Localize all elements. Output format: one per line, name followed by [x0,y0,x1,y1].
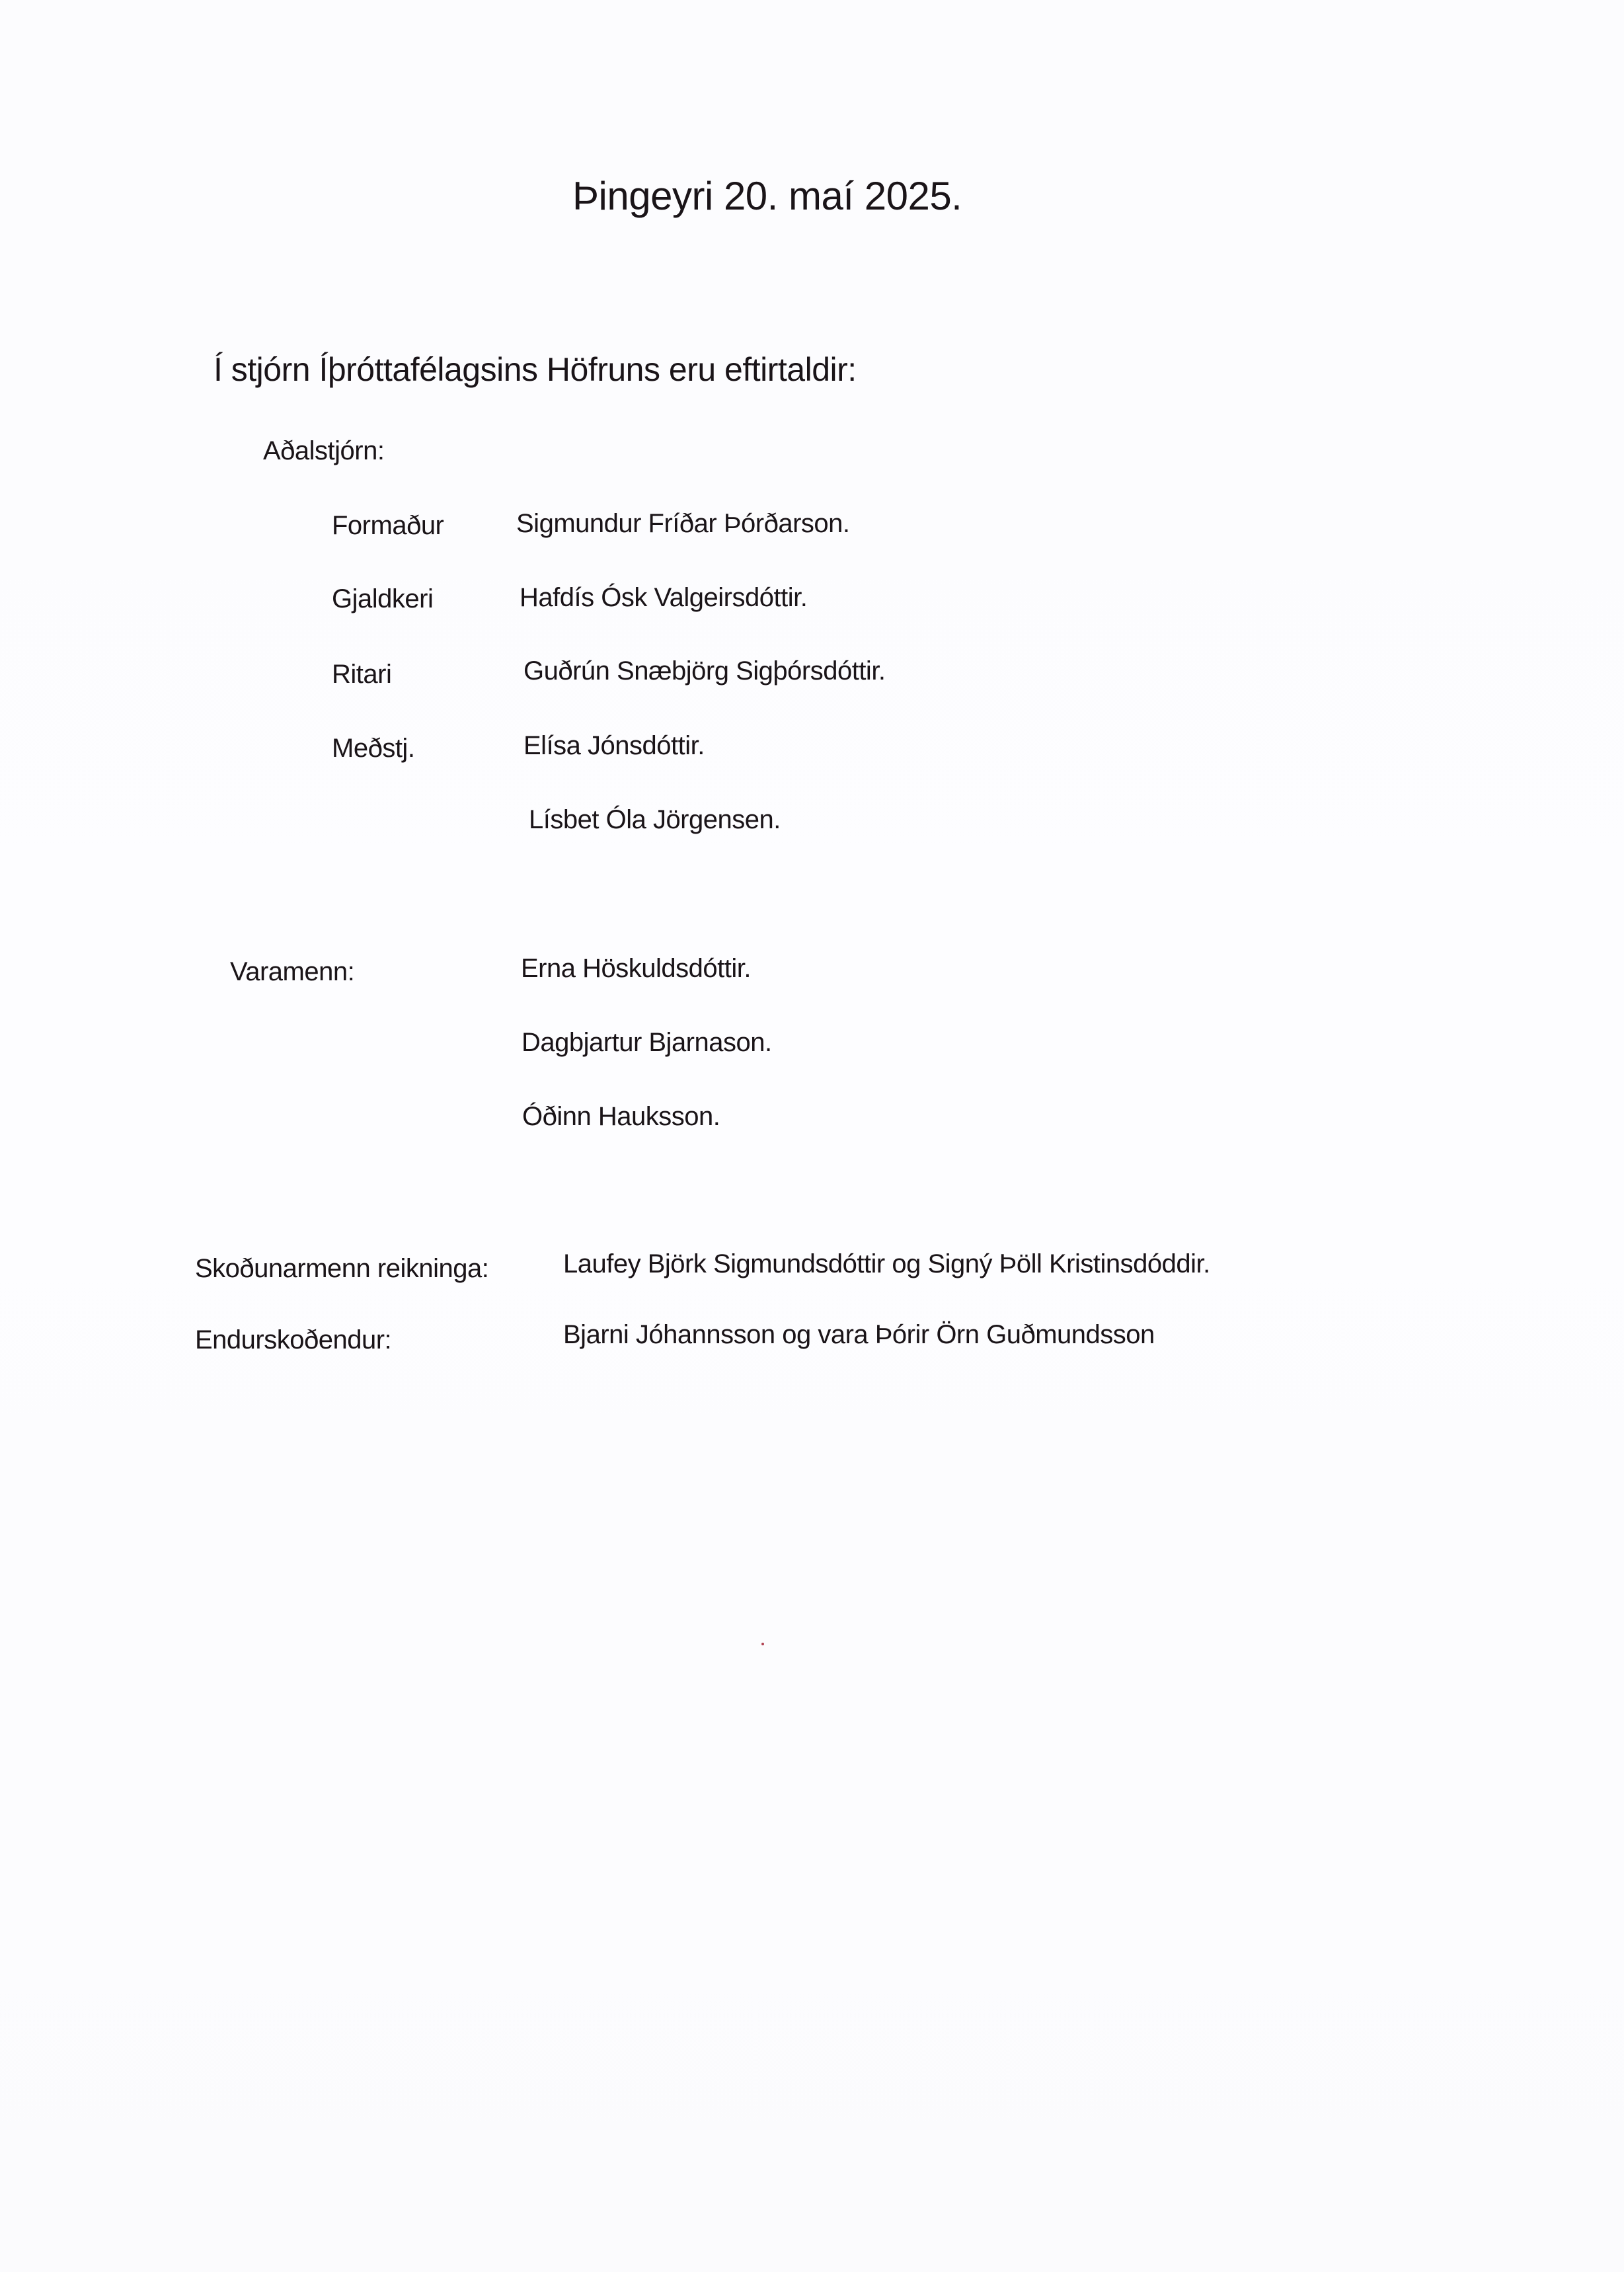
alternate-name-1: Erna Höskuldsdóttir. [521,954,751,984]
member-name-board-member-2: Lísbet Óla Jörgensen. [529,805,781,835]
date-line: Þingeyri 20. maí 2025. [572,173,962,219]
member-name-board-member-1: Elísa Jónsdóttir. [523,731,705,761]
alternates-label: Varamenn: [230,957,354,987]
document-page: Þingeyri 20. maí 2025. Í stjórn Íþróttaf… [0,0,1624,2272]
role-board-member: Meðstj. [332,734,414,764]
role-secretary: Ritari [332,660,391,689]
account-reviewers-value: Laufey Björk Sigmundsdóttir og Signý Þöl… [563,1249,1210,1279]
role-chair: Formaður [332,511,444,541]
alternate-name-3: Óðinn Hauksson. [522,1102,720,1132]
role-treasurer: Gjaldkeri [332,584,433,614]
member-name-secretary: Guðrún Snæbjörg Sigþórsdóttir. [523,656,886,686]
member-name-treasurer: Hafdís Ósk Valgeirsdóttir. [520,583,807,613]
auditors-value: Bjarni Jóhannsson og vara Þórir Örn Guðm… [563,1320,1155,1350]
main-board-label: Aðalstjórn: [263,436,384,466]
scan-speck [761,1643,764,1645]
alternate-name-2: Dagbjartur Bjarnason. [522,1028,772,1058]
account-reviewers-label: Skoðunarmenn reikninga: [195,1254,488,1284]
member-name-chair: Sigmundur Fríðar Þórðarson. [516,509,850,539]
intro-heading: Í stjórn Íþróttafélagsins Höfruns eru ef… [213,350,857,389]
auditors-label: Endurskoðendur: [195,1325,391,1355]
